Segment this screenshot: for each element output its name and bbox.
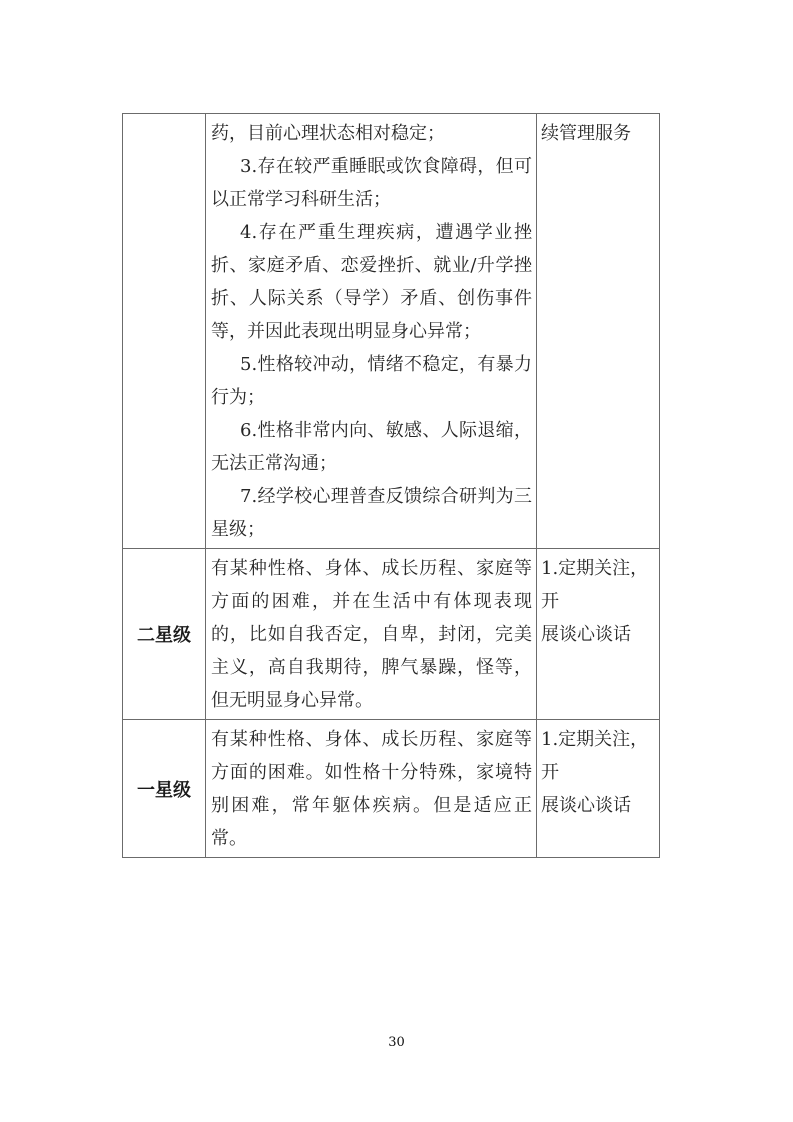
table-row-one-star: 一星级 有某种性格、身体、成长历程、家庭等方面的困难。如性格十分特殊，家境特别困… [123,720,660,858]
action-cell: 续管理服务 [537,114,660,549]
page-number: 30 [0,1035,793,1050]
star-level-cell [123,114,206,549]
table-row-three-star-continuation: 药，目前心理状态相对稳定； 3.存在较严重睡眠或饮食障碍，但可以正常学习科研生活… [123,114,660,549]
criteria-paragraph: 药，目前心理状态相对稳定； [211,117,532,150]
criteria-paragraph: 6.性格非常内向、敏感、人际退缩，无法正常沟通； [211,414,532,480]
criteria-cell: 药，目前心理状态相对稳定； 3.存在较严重睡眠或饮食障碍，但可以正常学习科研生活… [206,114,537,549]
star-level-table: 药，目前心理状态相对稳定； 3.存在较严重睡眠或饮食障碍，但可以正常学习科研生活… [122,113,660,858]
criteria-paragraph: 有某种性格、身体、成长历程、家庭等方面的困难。如性格十分特殊，家境特别困难，常年… [211,723,532,855]
action-cell: 1.定期关注，开 展谈心谈话 [537,549,660,720]
criteria-paragraph: 7.经学校心理普查反馈综合研判为三星级； [211,480,532,546]
criteria-cell: 有某种性格、身体、成长历程、家庭等方面的困难。如性格十分特殊，家境特别困难，常年… [206,720,537,858]
criteria-cell: 有某种性格、身体、成长历程、家庭等方面的困难，并在生活中有体现表现的，比如自我否… [206,549,537,720]
action-line: 1.定期关注，开 [541,552,657,618]
action-line: 1.定期关注，开 [541,723,657,789]
table-row-two-star: 二星级 有某种性格、身体、成长历程、家庭等方面的困难，并在生活中有体现表现的，比… [123,549,660,720]
criteria-paragraph: 5.性格较冲动，情绪不稳定，有暴力行为； [211,348,532,414]
criteria-paragraph: 3.存在较严重睡眠或饮食障碍，但可以正常学习科研生活； [211,150,532,216]
star-level-cell: 二星级 [123,549,206,720]
action-cell: 1.定期关注，开 展谈心谈话 [537,720,660,858]
star-level-cell: 一星级 [123,720,206,858]
action-line: 续管理服务 [541,117,657,150]
action-line: 展谈心谈话 [541,789,657,822]
criteria-paragraph: 有某种性格、身体、成长历程、家庭等方面的困难，并在生活中有体现表现的，比如自我否… [211,552,532,717]
criteria-paragraph: 4.存在严重生理疾病，遭遇学业挫折、家庭矛盾、恋爱挫折、就业/升学挫折、人际关系… [211,216,532,348]
action-line: 展谈心谈话 [541,618,657,651]
